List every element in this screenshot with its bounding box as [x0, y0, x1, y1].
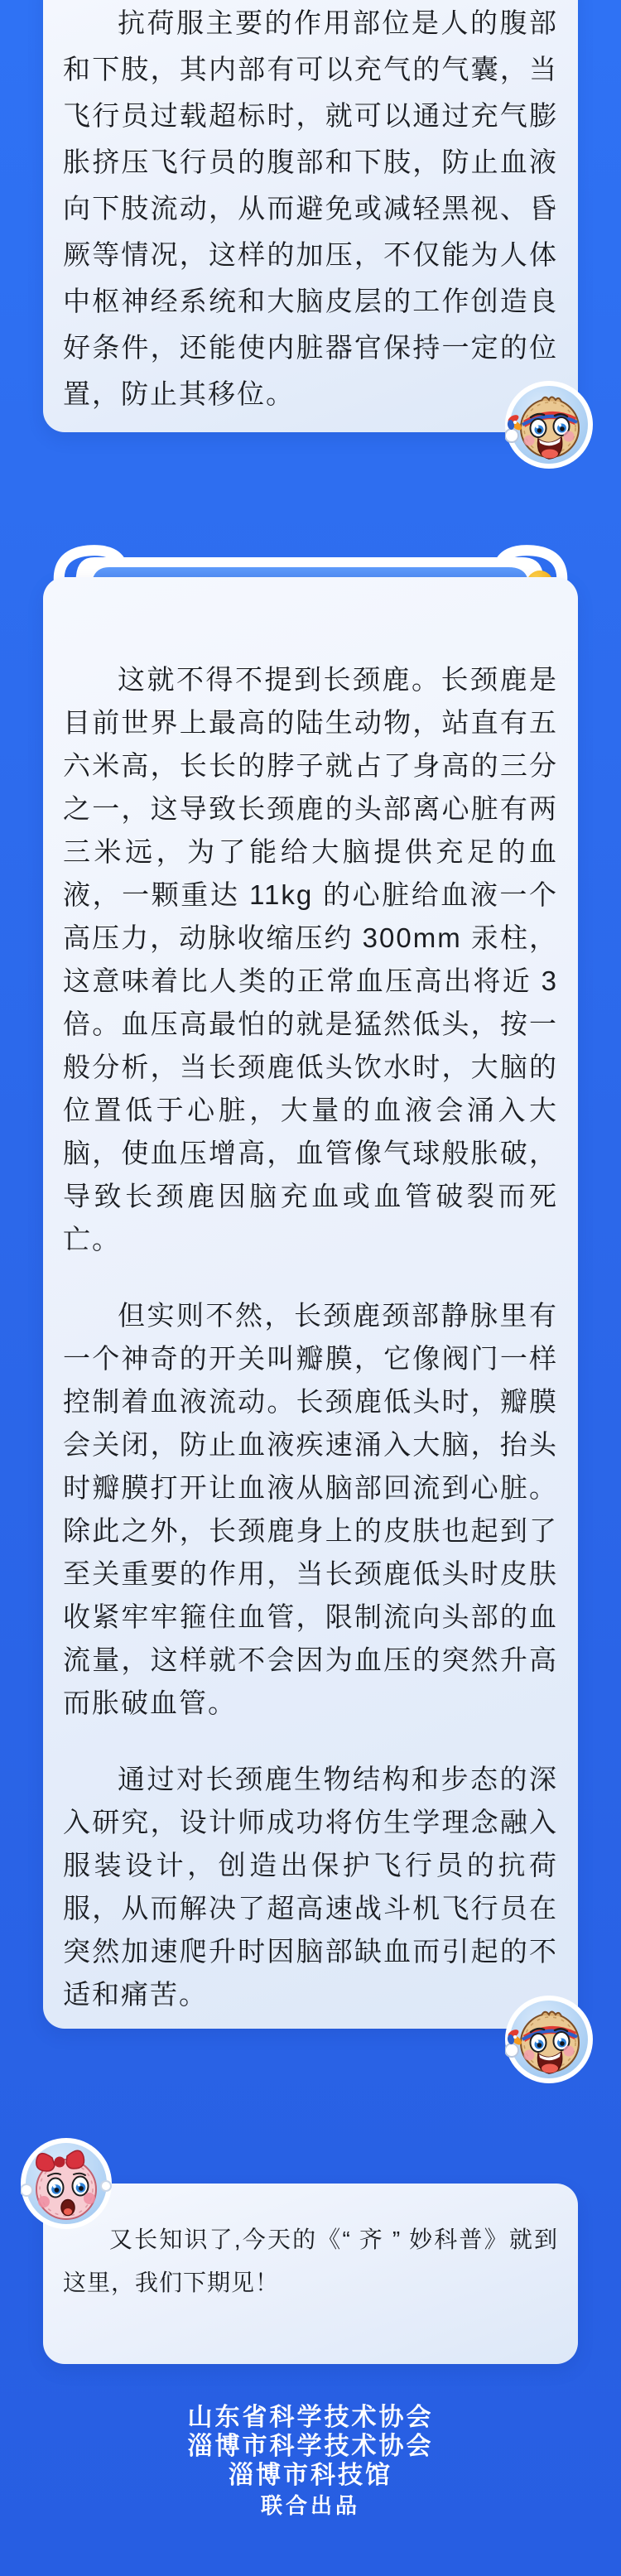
outro-paragraph: 又长知识了,今天的《“ 齐 ” 妙科普》就到这里，我们下期见！	[63, 2218, 558, 2304]
footer-tagline: 联合出品	[0, 2492, 621, 2521]
outro-card: 又长知识了,今天的《“ 齐 ” 妙科普》就到这里，我们下期见！	[43, 2184, 578, 2364]
footer-line: 山东省科学技术协会	[0, 2403, 621, 2432]
article-paragraph: 通过对长颈鹿生物结构和步态的深入研究，设计师成功将仿生学理念融入服装设计，创造出…	[63, 1758, 558, 2016]
intro-paragraph: 抗荷服主要的作用部位是人的腹部和下肢，其内部有可以充气的气囊，当飞行员过载超标时…	[63, 0, 558, 417]
girl-mascot-avatar	[21, 2138, 112, 2229]
footer-line: 淄博市科技馆	[0, 2461, 621, 2490]
infographic-page: 抗荷服主要的作用部位是人的腹部和下肢，其内部有可以充气的气囊，当飞行员过载超标时…	[0, 0, 621, 2576]
footer-line: 淄博市科学技术协会	[0, 2432, 621, 2461]
boy-mascot-avatar	[505, 381, 593, 469]
boy-mascot-icon	[505, 1996, 593, 2083]
article-card: 这就不得不提到长颈鹿。长颈鹿是目前世界上最高的陆生动物，站直有五六米高，长长的脖…	[43, 577, 578, 2029]
boy-mascot-icon	[505, 381, 593, 469]
article-paragraph: 这就不得不提到长颈鹿。长颈鹿是目前世界上最高的陆生动物，站直有五六米高，长长的脖…	[63, 658, 558, 1261]
boy-mascot-avatar	[505, 1996, 593, 2083]
article-paragraph: 但实则不然，长颈鹿颈部静脉里有一个神奇的开关叫瓣膜，它像阀门一样控制着血液流动。…	[63, 1294, 558, 1725]
girl-mascot-icon	[21, 2138, 112, 2229]
intro-card: 抗荷服主要的作用部位是人的腹部和下肢，其内部有可以充气的气囊，当飞行员过载超标时…	[43, 0, 578, 432]
footer-credits: 山东省科学技术协会 淄博市科学技术协会 淄博市科技馆 联合出品	[0, 2403, 621, 2521]
